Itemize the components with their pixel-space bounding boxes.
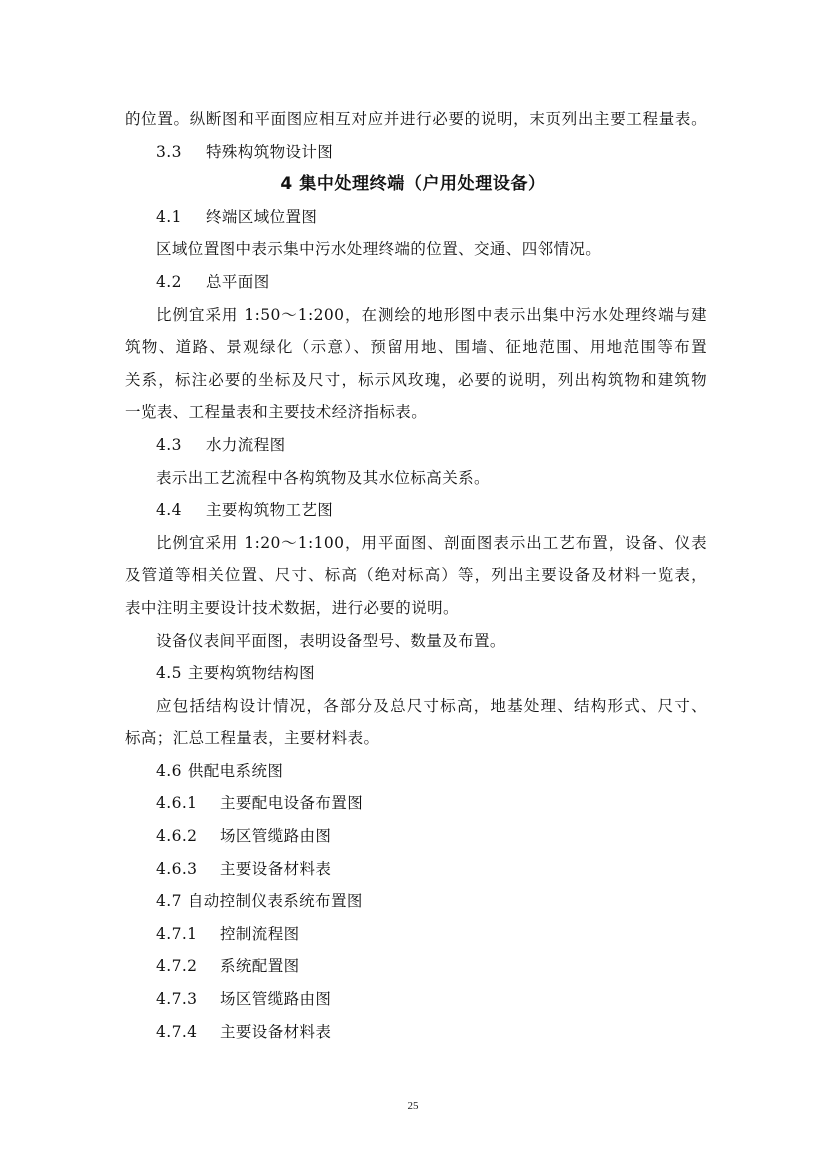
paragraph-4-4-equipment: 设备仪表间平面图，表明设备型号、数量及布置。 xyxy=(125,625,707,658)
section-number: 4.6 xyxy=(156,762,182,780)
section-heading-4-6: 4.6供配电系统图 xyxy=(125,755,707,788)
subsection-number: 4.7.2 xyxy=(156,950,220,983)
subsection-heading-4-6-2: 4.6.2场区管缆路由图 xyxy=(125,820,707,853)
paragraph-continuation: 的位置。纵断图和平面图应相互对应并进行必要的说明，末页列出主要工程量表。 xyxy=(125,103,707,136)
section-number: 4.5 xyxy=(156,664,182,682)
paragraph-4-4-line: 比例宜采用 1:20～1:100，用平面图、剖面图表示出工艺布置，设备、仪表 xyxy=(125,527,707,560)
subsection-heading-4-6-1: 4.6.1主要配电设备布置图 xyxy=(125,787,707,820)
subsection-heading-4-7-3: 4.7.3场区管缆路由图 xyxy=(125,983,707,1016)
subsection-number: 4.7.1 xyxy=(156,918,220,951)
page-number: 25 xyxy=(0,1100,826,1112)
subsection-number: 4.6.3 xyxy=(156,853,220,886)
subsection-title: 主要设备材料表 xyxy=(220,860,331,878)
subsection-title: 场区管缆路由图 xyxy=(220,990,331,1008)
section-heading-4-2: 4.2总平面图 xyxy=(125,266,707,299)
paragraph-4-3: 表示出工艺流程中各构筑物及其水位标高关系。 xyxy=(125,462,707,495)
page-body: 的位置。纵断图和平面图应相互对应并进行必要的说明，末页列出主要工程量表。 3.3… xyxy=(125,103,707,1048)
subsection-heading-4-7-4: 4.7.4主要设备材料表 xyxy=(125,1016,707,1049)
section-heading-4-3: 4.3水力流程图 xyxy=(125,429,707,462)
paragraph-4-2-line: 筑物、道路、景观绿化（示意）、预留用地、围墙、征地范围、用地范围等布置 xyxy=(125,331,707,364)
subsection-heading-4-7-2: 4.7.2系统配置图 xyxy=(125,950,707,983)
subsection-number: 4.6.1 xyxy=(156,787,220,820)
section-number: 4.2 xyxy=(156,266,206,299)
subsection-title: 主要配电设备布置图 xyxy=(220,794,363,812)
section-heading-4-7: 4.7自动控制仪表系统布置图 xyxy=(125,885,707,918)
section-title: 水力流程图 xyxy=(206,436,286,454)
paragraph-4-4-line: 表中注明主要设计技术数据，进行必要的说明。 xyxy=(125,592,707,625)
subsection-number: 4.6.2 xyxy=(156,820,220,853)
section-number: 4.7 xyxy=(156,892,182,910)
document-page: 的位置。纵断图和平面图应相互对应并进行必要的说明，末页列出主要工程量表。 3.3… xyxy=(0,0,826,1169)
section-heading-4-1: 4.1终端区域位置图 xyxy=(125,201,707,234)
paragraph-4-2-line: 关系，标注必要的坐标及尺寸，标示风玫瑰，必要的说明，列出构筑物和建筑物 xyxy=(125,364,707,397)
paragraph-4-5-line: 标高；汇总工程量表，主要材料表。 xyxy=(125,722,707,755)
subsection-number: 4.7.3 xyxy=(156,983,220,1016)
section-number: 4.4 xyxy=(156,494,206,527)
chapter-title: 4 集中处理终端（户用处理设备） xyxy=(0,168,826,201)
subsection-title: 场区管缆路由图 xyxy=(220,827,331,845)
section-heading-4-5: 4.5主要构筑物结构图 xyxy=(125,657,707,690)
paragraph-4-2-line: 比例宜采用 1:50～1:200，在测绘的地形图中表示出集中污水处理终端与建 xyxy=(125,299,707,332)
subsection-number: 4.7.4 xyxy=(156,1016,220,1049)
section-title: 自动控制仪表系统布置图 xyxy=(188,892,363,910)
section-title: 终端区域位置图 xyxy=(206,208,317,226)
section-title: 主要构筑物工艺图 xyxy=(206,501,333,519)
paragraph-4-4-line: 及管道等相关位置、尺寸、标高（绝对标高）等，列出主要设备及材料一览表， xyxy=(125,559,707,592)
paragraph-4-5-line: 应包括结构设计情况，各部分及总尺寸标高，地基处理、结构形式、尺寸、 xyxy=(125,690,707,723)
section-heading-4-4: 4.4主要构筑物工艺图 xyxy=(125,494,707,527)
subsection-title: 主要设备材料表 xyxy=(220,1023,331,1041)
section-title: 特殊构筑物设计图 xyxy=(206,143,333,161)
subsection-title: 系统配置图 xyxy=(220,957,300,975)
section-number: 4.3 xyxy=(156,429,206,462)
subsection-title: 控制流程图 xyxy=(220,925,300,943)
section-number: 4.1 xyxy=(156,201,206,234)
paragraph-4-1: 区域位置图中表示集中污水处理终端的位置、交通、四邻情况。 xyxy=(125,233,707,266)
subsection-heading-4-6-3: 4.6.3主要设备材料表 xyxy=(125,853,707,886)
section-title: 供配电系统图 xyxy=(188,762,283,780)
subsection-heading-4-7-1: 4.7.1控制流程图 xyxy=(125,918,707,951)
section-number: 3.3 xyxy=(156,136,206,169)
paragraph-4-2-line: 一览表、工程量表和主要技术经济指标表。 xyxy=(125,396,707,429)
section-title: 总平面图 xyxy=(206,273,270,291)
section-heading-3-3: 3.3特殊构筑物设计图 xyxy=(125,136,707,169)
section-title: 主要构筑物结构图 xyxy=(188,664,315,682)
